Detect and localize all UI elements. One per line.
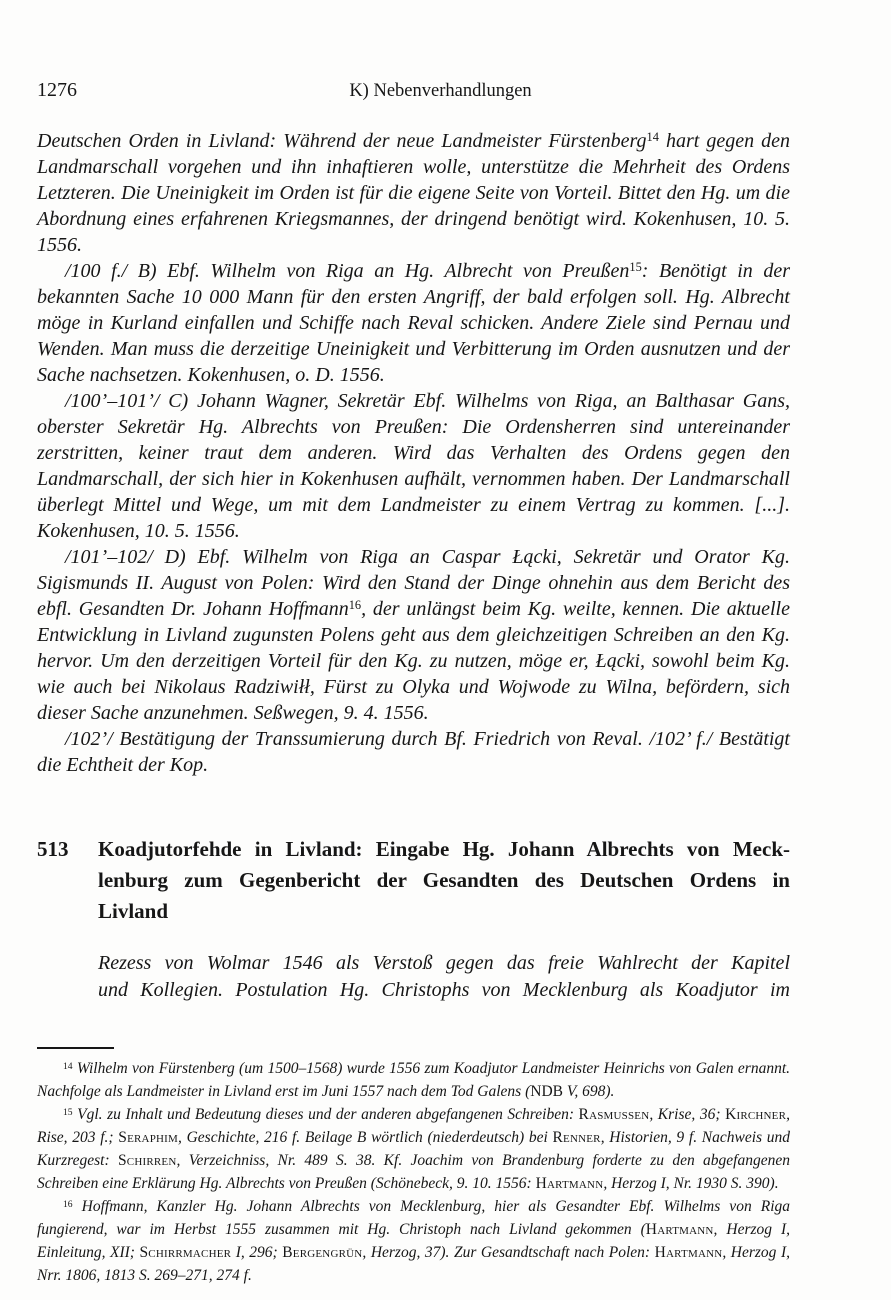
text-segment: /100 f./ B) Ebf. Wilhelm von Riga an Hg.… (65, 260, 629, 282)
summary-line: und Kollegien. Postulation Hg. Christoph… (98, 977, 790, 1004)
regest-paragraph: /102’/ Bestätigung der Transsumierung du… (37, 726, 790, 778)
text-segment: Deutschen Orden in Livland: Während der … (37, 130, 647, 152)
text-segment: /102’/ Bestätigung der Transsumierung du… (37, 728, 790, 776)
text-segment: /100’–101’/ C) Johann Wagner, Sekretär E… (37, 390, 790, 542)
text-segment: , Geschichte, 216 f. Beilage B wörtlich … (178, 1129, 553, 1146)
text-segment: , Herzog, 37). Zur Gesandtschaft nach Po… (362, 1244, 654, 1261)
text-segment: I, 296; (231, 1244, 282, 1261)
entry-summary: Rezess von Wolmar 1546 als Verstoß gegen… (98, 950, 790, 1004)
running-head: K) Nebenverhandlungen (349, 80, 531, 102)
text-segment: Hartmann (536, 1175, 604, 1192)
text-segment: Hartmann (646, 1221, 714, 1238)
text-segment: , Krise, 36; (649, 1106, 725, 1123)
text-segment: Wilhelm von Fürstenberg (um 1500–1568) w… (37, 1060, 790, 1100)
entry-title-line: Livland (98, 896, 790, 927)
book-page: 1276 K) Nebenverhandlungen Deutschen Ord… (0, 0, 891, 1300)
footnote: 15 Vgl. zu Inhalt und Bedeutung dieses u… (37, 1103, 790, 1195)
text-segment: , Herzog I, Nr. 1930 S. 390). (603, 1175, 778, 1192)
footnotes-section: 14 Wilhelm von Fürstenberg (um 1500–1568… (37, 1057, 790, 1287)
footnote: 14 Wilhelm von Fürstenberg (um 1500–1568… (37, 1057, 790, 1103)
entry-title-line: Koadjutorfehde in Livland: Eingabe Hg. J… (98, 834, 790, 865)
text-segment: NDB (530, 1083, 563, 1100)
text-segment: Vgl. zu Inhalt und Bedeutung dieses und … (77, 1106, 578, 1123)
text-segment: Seraphim (118, 1129, 178, 1146)
page-number: 1276 (37, 78, 77, 102)
footnote-reference: 15 (629, 260, 641, 274)
entry-title: Koadjutorfehde in Livland: Eingabe Hg. J… (98, 834, 790, 927)
text-segment: Schirrmacher (139, 1244, 231, 1261)
text-segment: Bergengrün (282, 1244, 362, 1261)
entry-title-line: lenburg zum Gegenbericht der Gesandten d… (98, 865, 790, 896)
entry-number: 513 (37, 834, 98, 927)
entry-heading: 513 Koadjutorfehde in Livland: Eingabe H… (37, 834, 790, 927)
page-header: 1276 K) Nebenverhandlungen (37, 0, 790, 102)
footnote: 16 Hoffmann, Kanzler Hg. Johann Albrecht… (37, 1195, 790, 1287)
footnote-reference: 16 (349, 598, 361, 612)
text-segment: Schirren (118, 1152, 177, 1169)
regest-paragraph: /101’–102/ D) Ebf. Wilhelm von Riga an C… (37, 544, 790, 726)
footnote-separator (37, 1047, 114, 1049)
regest-paragraph: Deutschen Orden in Livland: Während der … (37, 128, 790, 258)
footnote-marker: 16 (63, 1199, 73, 1210)
text-segment: Kirchner (725, 1106, 786, 1123)
regest-paragraph: /100’–101’/ C) Johann Wagner, Sekretär E… (37, 388, 790, 544)
regest-paragraph: /100 f./ B) Ebf. Wilhelm von Riga an Hg.… (37, 258, 790, 388)
footnote-marker: 15 (63, 1107, 73, 1118)
text-segment: Renner (553, 1129, 601, 1146)
text-segment: Rasmussen (579, 1106, 650, 1123)
footnote-marker: 14 (63, 1061, 73, 1072)
text-segment: Hartmann (655, 1244, 723, 1261)
summary-line: Rezess von Wolmar 1546 als Verstoß gegen… (98, 950, 790, 977)
regest-section: Deutschen Orden in Livland: Während der … (37, 128, 790, 778)
text-segment: V, 698). (563, 1083, 614, 1100)
text-block: 1276 K) Nebenverhandlungen Deutschen Ord… (37, 0, 790, 1004)
footnote-reference: 14 (647, 130, 659, 144)
footnote-block: 14 Wilhelm von Fürstenberg (um 1500–1568… (37, 1047, 790, 1287)
